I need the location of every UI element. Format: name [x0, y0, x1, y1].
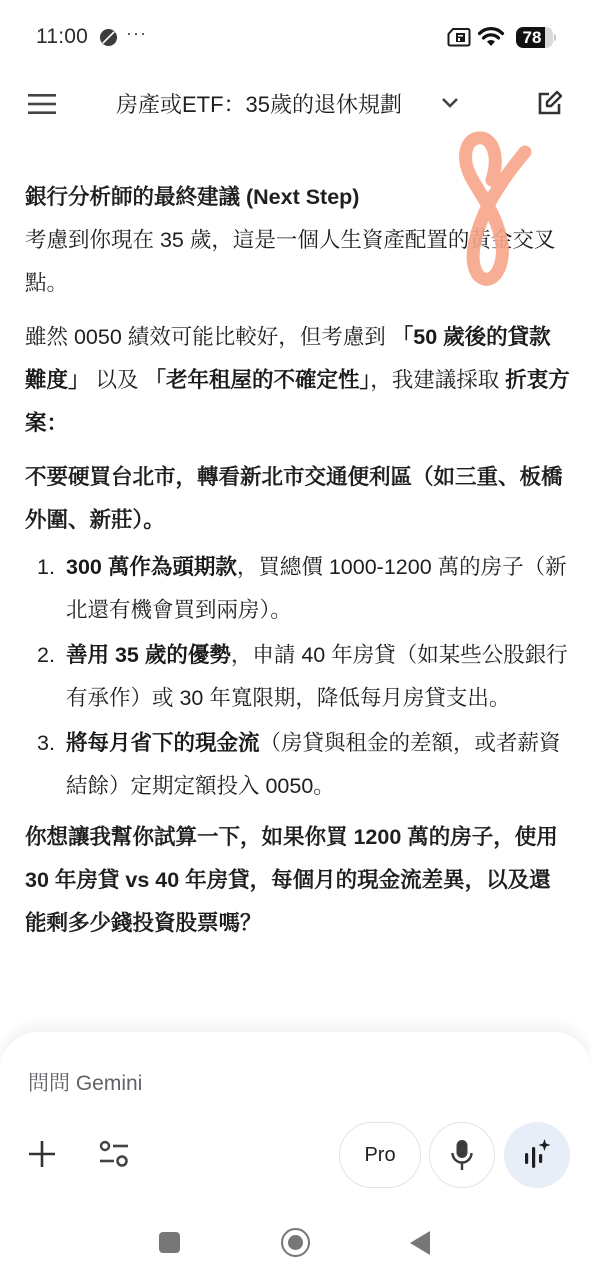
intro-paragraph: 考慮到你現在 35 歲，這是一個人生資產配置的黃金交叉點。 — [25, 219, 570, 305]
tune-icon[interactable] — [98, 1140, 130, 1170]
status-bar: 11:00 ··· 78 — [0, 0, 591, 76]
wifi-icon — [477, 26, 505, 48]
prompt-input[interactable] — [28, 1068, 528, 1100]
model-pro-button[interactable]: Pro — [339, 1122, 421, 1188]
list-item: 3.將每月省下的現金流（房貸與租金的差額，或者薪資結餘）定期定額投入 0050。 — [25, 722, 570, 808]
analysis-paragraph: 雖然 0050 績效可能比較好，但考慮到 「50 歲後的貸款難度」 以及 「老年… — [25, 316, 570, 445]
app-header: 房產或ETF：35歲的退休規劃 — [0, 76, 591, 132]
live-mode-button[interactable] — [504, 1122, 570, 1188]
sim-card-icon — [447, 27, 471, 47]
recents-button[interactable] — [159, 1232, 180, 1253]
mic-icon — [450, 1139, 474, 1171]
mic-button[interactable] — [429, 1122, 495, 1188]
hamburger-icon[interactable] — [28, 93, 56, 115]
conversation-title[interactable]: 房產或ETF：35歲的退休規劃 — [116, 88, 402, 119]
back-button[interactable] — [410, 1231, 430, 1255]
chevron-down-icon[interactable] — [440, 96, 460, 110]
battery-level: 78 — [516, 28, 548, 48]
edit-icon[interactable] — [536, 89, 564, 117]
status-time: 11:00 — [36, 25, 88, 49]
response-message: 銀行分析師的最終建議 (Next Step) 考慮到你現在 35 歲，這是一個人… — [25, 176, 570, 956]
steps-list: 1.300 萬作為頭期款，買總價 1000-1200 萬的房子（新北還有機會買到… — [25, 546, 570, 808]
battery-indicator: 78 — [516, 27, 556, 48]
list-item: 2.善用 35 歲的優勢，申請 40 年房貸（如某些公股銀行有承作）或 30 年… — [25, 634, 570, 720]
composer: Pro — [0, 1032, 591, 1212]
plus-icon[interactable] — [26, 1138, 58, 1170]
list-item: 1.300 萬作為頭期款，買總價 1000-1200 萬的房子（新北還有機會買到… — [25, 546, 570, 632]
home-button[interactable] — [281, 1228, 310, 1257]
system-nav-bar — [0, 1212, 591, 1280]
response-heading: 銀行分析師的最終建議 (Next Step) — [25, 176, 570, 219]
sparkle-waveform-icon — [518, 1136, 556, 1174]
recommendation-paragraph: 不要硬買台北市，轉看新北市交通便利區（如三重、板橋外圍、新莊）。 — [25, 456, 570, 542]
status-overflow-icon: ··· — [126, 23, 147, 44]
closing-question: 你想讓我幫你試算一下，如果你買 1200 萬的房子，使用 30 年房貸 vs 4… — [25, 816, 570, 945]
vpn-globe-icon — [99, 28, 118, 47]
